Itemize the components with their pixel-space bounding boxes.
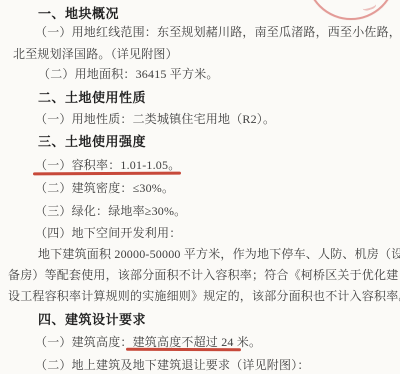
clause-land-area: （二）用地面积：36415 平方米。 (38, 67, 219, 81)
clause-plot-ratio: （一）容积率：1.01-1.05。 (35, 158, 180, 172)
clause-greening-rate: （三）绿化：绿地率≥30%。 (35, 204, 186, 218)
clause-red-line-scope-line-1: （一）用地红线范围：东至规划赭川路，南至瓜渚路，西至小佐路， (35, 25, 400, 39)
red-seal-stamp-arc (306, 0, 396, 20)
clause-setback-requirements: （二）地上建筑及地下建筑退让要求（详见附图）： (35, 358, 310, 372)
paragraph-underground-line-2: 备房）等配套使用，该部分面积不计入容积率；符合《柯桥区关于优化建 (8, 268, 398, 282)
paragraph-underground-line-1: 地下建筑面积 20000-50000 平方米，作为地下停车、人防、机房（设 (38, 247, 400, 261)
clause-building-density: （二）建筑密度：≤30%。 (35, 181, 174, 195)
red-underline-building-height (126, 348, 241, 352)
section-heading-land-use-intensity: 三、土地使用强度 (38, 135, 146, 149)
section-heading-plot-overview: 一、地块概况 (38, 7, 119, 21)
clause-land-use-nature: （一）用地性质：二类城镇住宅用地（R2）。 (35, 112, 275, 126)
clause-underground-development: （四）地下空间开发利用： (35, 226, 181, 240)
paragraph-underground-line-3: 设工程容积率计算规则的实施细则》规定的，该部分面积也不计入容积率。 (8, 289, 400, 303)
section-heading-land-use-nature: 二、土地使用性质 (38, 91, 146, 105)
section-heading-architectural-design: 四、建筑设计要求 (38, 313, 146, 327)
red-underline-plot-ratio (33, 172, 181, 176)
scanned-document-page: 一、地块概况 （一）用地红线范围：东至规划赭川路，南至瓜渚路，西至小佐路， 北至… (0, 0, 400, 374)
clause-red-line-scope-line-2: 北至规划泽国路。（详见附图） (13, 47, 178, 61)
